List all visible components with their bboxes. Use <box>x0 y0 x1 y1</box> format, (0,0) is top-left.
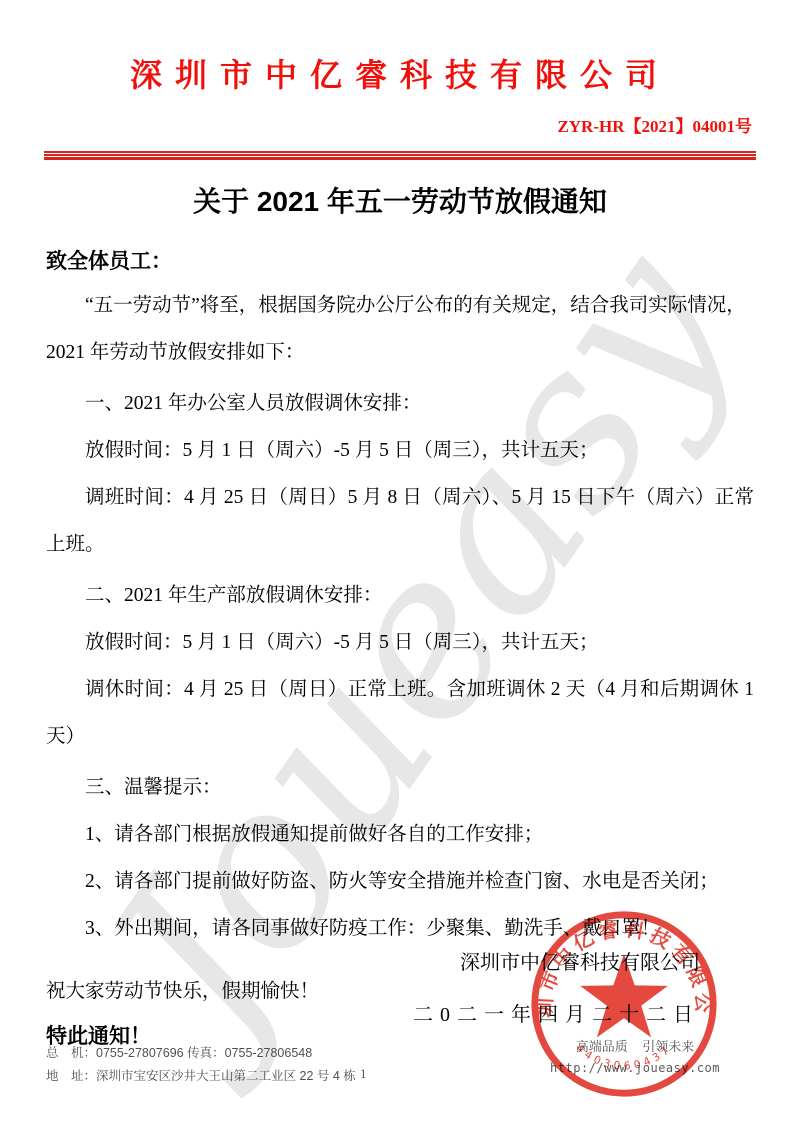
phone-label: 总 机： <box>46 1046 96 1060</box>
footer-address-line: 地 址：深圳市宝安区沙井大王山第二工业区 22 号 4 栋 <box>46 1065 356 1088</box>
document-number: ZYR-HR【2021】04001号 <box>0 112 752 137</box>
intro-line: “五一劳动节”将至，根据国务院办公厅公布的有关规定，结合我司实际情况， <box>46 282 754 329</box>
section-heading: 二、2021 年生产部放假调休安排： <box>46 572 754 619</box>
fax-value: 0755-27806548 <box>225 1046 313 1060</box>
phone-value: 0755-27807696 <box>96 1046 184 1060</box>
signature-company: 深圳市中亿睿科技有限公司 <box>413 948 700 978</box>
page-number: 1 <box>360 1066 367 1082</box>
tip-line: 2、请各部门提前做好防盗、防火等安全措施并检查门窗、水电是否关闭； <box>46 858 754 905</box>
footer-phone-line: 总 机：0755-27807696 传真：0755-27806548 <box>46 1042 356 1065</box>
footer-website-link[interactable]: http://www.joueasy.com <box>550 1061 720 1075</box>
section-line: 放假时间：5 月 1 日（周六）-5 月 5 日（周三），共计五天； <box>46 619 754 666</box>
salutation: 致全体员工： <box>46 242 754 282</box>
signature-date: 二0二一年四月二十二日 <box>413 1000 700 1030</box>
letterhead-divider-rule <box>44 151 756 160</box>
fax-label: 传真： <box>187 1046 225 1060</box>
letterhead-company-name: 深圳市中亿睿科技有限公司 <box>0 0 800 96</box>
footer-contact-block: 总 机：0755-27807696 传真：0755-27806548 地 址：深… <box>46 1042 356 1088</box>
address-label: 地 址： <box>46 1069 96 1083</box>
address-value: 深圳市宝安区沙井大王山第二工业区 22 号 4 栋 <box>96 1069 356 1083</box>
notice-body: 致全体员工： “五一劳动节”将至，根据国务院办公厅公布的有关规定，结合我司实际情… <box>46 242 754 1059</box>
notice-title: 关于 2021 年五一劳动节放假通知 <box>0 180 800 220</box>
notice-document-page: Joueasy 深圳市中亿睿科技有限公司 ZYR-HR【2021】04001号 … <box>0 0 800 1131</box>
footer-brand-block: 高端品质 引领未来 http://www.joueasy.com <box>550 1036 720 1075</box>
tip-line: 1、请各部门根据放假通知提前做好各自的工作安排； <box>46 811 754 858</box>
intro-line: 2021 年劳动节放假安排如下： <box>46 329 754 376</box>
section-line: 调班时间：4 月 25 日（周日）5 月 8 日（周六）、5 月 15 日下午（… <box>46 474 754 568</box>
signature-block: 深圳市中亿睿科技有限公司 二0二一年四月二十二日 <box>413 948 700 1030</box>
section-line: 调休时间：4 月 25 日（周日）正常上班。含加班调休 2 天（4 月和后期调休… <box>46 666 754 760</box>
section-heading: 一、2021 年办公室人员放假调休安排： <box>46 380 754 427</box>
section-heading: 三、温馨提示： <box>46 764 754 811</box>
section-line: 放假时间：5 月 1 日（周六）-5 月 5 日（周三），共计五天； <box>46 427 754 474</box>
tip-line: 3、外出期间，请各同事做好防疫工作：少聚集、勤洗手、戴口罩！ <box>46 905 754 952</box>
footer-slogan: 高端品质 引领未来 <box>550 1036 720 1055</box>
